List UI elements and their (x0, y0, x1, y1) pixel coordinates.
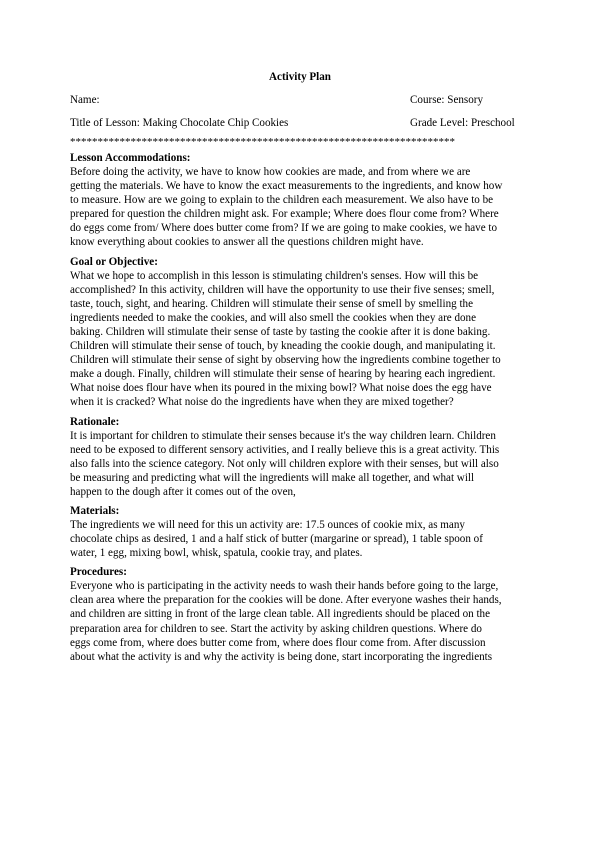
section-procedures: Procedures:Everyone who is participating… (70, 565, 530, 664)
section-rationale: Rationale:It is important for children t… (70, 415, 530, 499)
section-body-line: water, 1 egg, mixing bowl, whisk, spatul… (70, 546, 530, 560)
section-body-line: to measure. How are we going to explain … (70, 193, 530, 207)
header-row-title-grade: Title of Lesson: Making Chocolate Chip C… (70, 116, 530, 130)
section-heading: Materials: (70, 504, 530, 518)
section-goal-or-objective: Goal or Objective:What we hope to accomp… (70, 255, 530, 410)
section-body-line: getting the materials. We have to know t… (70, 179, 530, 193)
section-body-line: accomplished? In this activity, children… (70, 283, 530, 297)
section-body-line: know everything about cookies to answer … (70, 235, 530, 249)
section-heading: Lesson Accommodations: (70, 151, 530, 165)
section-body-line: when it is cracked? What noise do the in… (70, 395, 530, 409)
section-body-line: eggs come from, where does butter come f… (70, 636, 530, 650)
section-body-line: What noise does flour have when its pour… (70, 381, 530, 395)
sections-container: Lesson Accommodations:Before doing the a… (70, 151, 530, 664)
section-body-line: Children will stimulate their sense of t… (70, 339, 530, 353)
section-body-line: It is important for children to stimulat… (70, 429, 530, 443)
section-body-line: need to be exposed to different sensory … (70, 443, 530, 457)
header-row-name-course: Name: Course: Sensory (70, 93, 530, 107)
section-body-line: about what the activity is and why the a… (70, 650, 530, 664)
section-body-line: preparation area for children to see. St… (70, 622, 530, 636)
section-materials: Materials:The ingredients we will need f… (70, 504, 530, 560)
section-body-line: Before doing the activity, we have to kn… (70, 165, 530, 179)
section-heading: Rationale: (70, 415, 530, 429)
section-heading: Goal or Objective: (70, 255, 530, 269)
activity-plan-page: Activity Plan Name: Course: Sensory Titl… (70, 70, 530, 664)
section-heading: Procedures: (70, 565, 530, 579)
separator-line: ****************************************… (70, 136, 530, 148)
section-body-line: Everyone who is participating in the act… (70, 579, 530, 593)
section-body-line: make a dough. Finally, children will sti… (70, 367, 530, 381)
section-body-line: and children are sitting in front of the… (70, 607, 530, 621)
course-label: Course: Sensory (410, 93, 483, 107)
section-body-line: be measuring and predicting what will th… (70, 471, 530, 485)
lesson-title: Title of Lesson: Making Chocolate Chip C… (70, 116, 288, 130)
section-body-line: ingredients needed to make the cookies, … (70, 311, 530, 325)
section-body-line: happen to the dough after it comes out o… (70, 485, 530, 499)
section-body-line: chocolate chips as desired, 1 and a half… (70, 532, 530, 546)
section-body-line: clean area where the preparation for the… (70, 593, 530, 607)
document-title: Activity Plan (70, 70, 530, 84)
section-body-line: prepared for question the children might… (70, 207, 530, 221)
grade-level: Grade Level: Preschool (410, 116, 515, 130)
section-body-line: do eggs come from/ Where does butter com… (70, 221, 530, 235)
section-body-line: The ingredients we will need for this un… (70, 518, 530, 532)
section-body-line: What we hope to accomplish in this lesso… (70, 269, 530, 283)
section-body-line: also falls into the science category. No… (70, 457, 530, 471)
section-body-line: baking. Children will stimulate their se… (70, 325, 530, 339)
section-body-line: taste, touch, sight, and hearing. Childr… (70, 297, 530, 311)
section-body-line: Children will stimulate their sense of s… (70, 353, 530, 367)
name-label: Name: (70, 93, 100, 107)
section-lesson-accommodations: Lesson Accommodations:Before doing the a… (70, 151, 530, 250)
